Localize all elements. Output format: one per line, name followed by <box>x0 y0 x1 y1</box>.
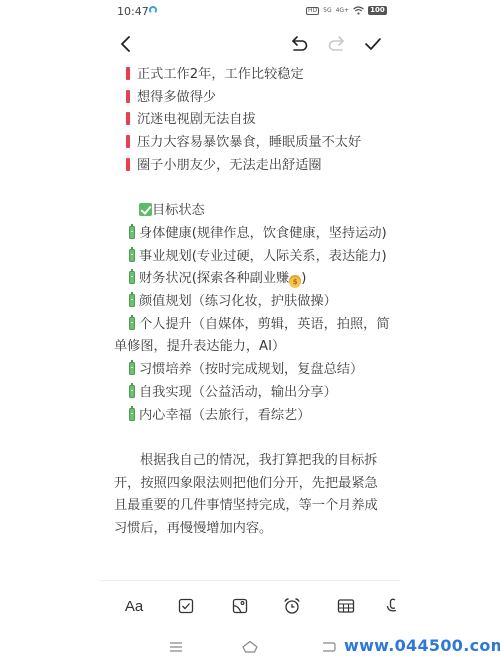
status-bar: 10:47 HD 5G 4G+ 100 <box>0 0 500 24</box>
exclamation-icon <box>126 112 130 125</box>
alarm-clock-icon <box>283 597 301 615</box>
battery-icon <box>129 249 135 262</box>
voice-button[interactable] <box>384 592 400 620</box>
hd-icon: HD <box>306 7 319 15</box>
text-style-button[interactable]: Aa <box>120 592 148 620</box>
battery-icon <box>129 362 135 375</box>
back-arrow-icon <box>321 641 337 653</box>
check-mark-icon <box>139 203 152 216</box>
system-back-button[interactable] <box>318 638 340 656</box>
done-button[interactable] <box>361 32 385 56</box>
goal-item: 内心幸福（去旅行，看综艺） <box>114 405 390 428</box>
goal-item: 事业规划(专业过硬，人际关系，表达能力) <box>114 246 390 269</box>
goal-item: 自我实现（公益活动，输出分享） <box>114 382 390 405</box>
battery-icon: 100 <box>368 6 387 15</box>
signal-5g-icon: 5G <box>323 7 331 15</box>
home-icon <box>241 640 259 654</box>
checklist-button[interactable] <box>172 592 200 620</box>
format-toolbar: Aa <box>100 592 400 620</box>
goal-item: 颜值规划（练习化妆，护肤做操） <box>114 291 390 314</box>
goal-item: 身体健康(规律作息，饮食健康，坚持运动) <box>114 223 390 246</box>
microphone-icon <box>384 597 400 615</box>
plan-paragraph: 根据我自己的情况，我打算把我的目标拆开，按照四象限法则把他们分开，先把最紧急且最… <box>114 450 390 541</box>
exclamation-icon <box>126 67 130 80</box>
table-button[interactable] <box>332 592 360 620</box>
battery-icon <box>129 294 135 307</box>
blank-line <box>114 427 390 450</box>
battery-icon <box>129 317 135 330</box>
problem-item: 圈子小朋友少，无法走出舒适圈 <box>114 155 390 178</box>
battery-icon <box>129 271 135 284</box>
redo-button[interactable] <box>324 32 348 56</box>
goal-item: 财务状况(探索各种副业赚$) <box>114 268 390 291</box>
status-icons: HD 5G 4G+ 100 <box>306 6 387 15</box>
exclamation-icon <box>126 90 130 103</box>
problem-item: 想得多做得少 <box>114 87 390 110</box>
editor-toolbar <box>0 28 500 60</box>
checkbox-icon <box>178 598 194 614</box>
system-nav-bar: www.044500.com <box>0 636 500 659</box>
signal-4g-icon: 4G+ <box>336 7 350 15</box>
note-body[interactable]: 正式工作2年，工作比较稳定 想得多做得少 沉迷电视剧无法自拔 压力大容易暴饮暴食… <box>114 64 390 541</box>
recent-apps-button[interactable] <box>165 638 187 656</box>
watermark-text: www.044500.com <box>344 636 500 655</box>
undo-icon <box>290 35 310 53</box>
goal-heading: 目标状态 <box>114 200 390 223</box>
image-icon <box>232 598 248 614</box>
goal-item: 个人提升（自媒体，剪辑，英语，拍照，简单修图，提升表达能力，AI） <box>114 314 390 359</box>
home-button[interactable] <box>239 638 261 656</box>
wifi-icon <box>353 6 364 15</box>
problem-item: 正式工作2年，工作比较稳定 <box>114 64 390 87</box>
undo-button[interactable] <box>288 32 312 56</box>
exclamation-icon <box>126 135 130 148</box>
alarm-button[interactable] <box>278 592 306 620</box>
blank-line <box>114 178 390 201</box>
check-icon <box>363 35 383 53</box>
goal-item: 习惯培养（按时完成规划，复盘总结） <box>114 359 390 382</box>
problem-item: 沉迷电视剧无法自拔 <box>114 109 390 132</box>
problem-item: 压力大容易暴饮暴食，睡眠质量不太好 <box>114 132 390 155</box>
battery-icon <box>129 408 135 421</box>
money-bag-icon: $ <box>289 275 301 288</box>
chevron-left-icon <box>119 35 133 53</box>
image-button[interactable] <box>226 592 254 620</box>
redo-icon <box>326 35 346 53</box>
battery-icon <box>129 385 135 398</box>
divider <box>100 580 400 581</box>
notes-editor-screen: 10:47 HD 5G 4G+ 100 <box>0 0 500 659</box>
table-icon <box>337 598 355 614</box>
sync-icon <box>149 6 157 14</box>
battery-icon <box>129 226 135 239</box>
status-time: 10:47 <box>117 5 149 18</box>
back-button[interactable] <box>114 32 138 56</box>
menu-icon <box>169 641 183 653</box>
exclamation-icon <box>126 158 130 171</box>
